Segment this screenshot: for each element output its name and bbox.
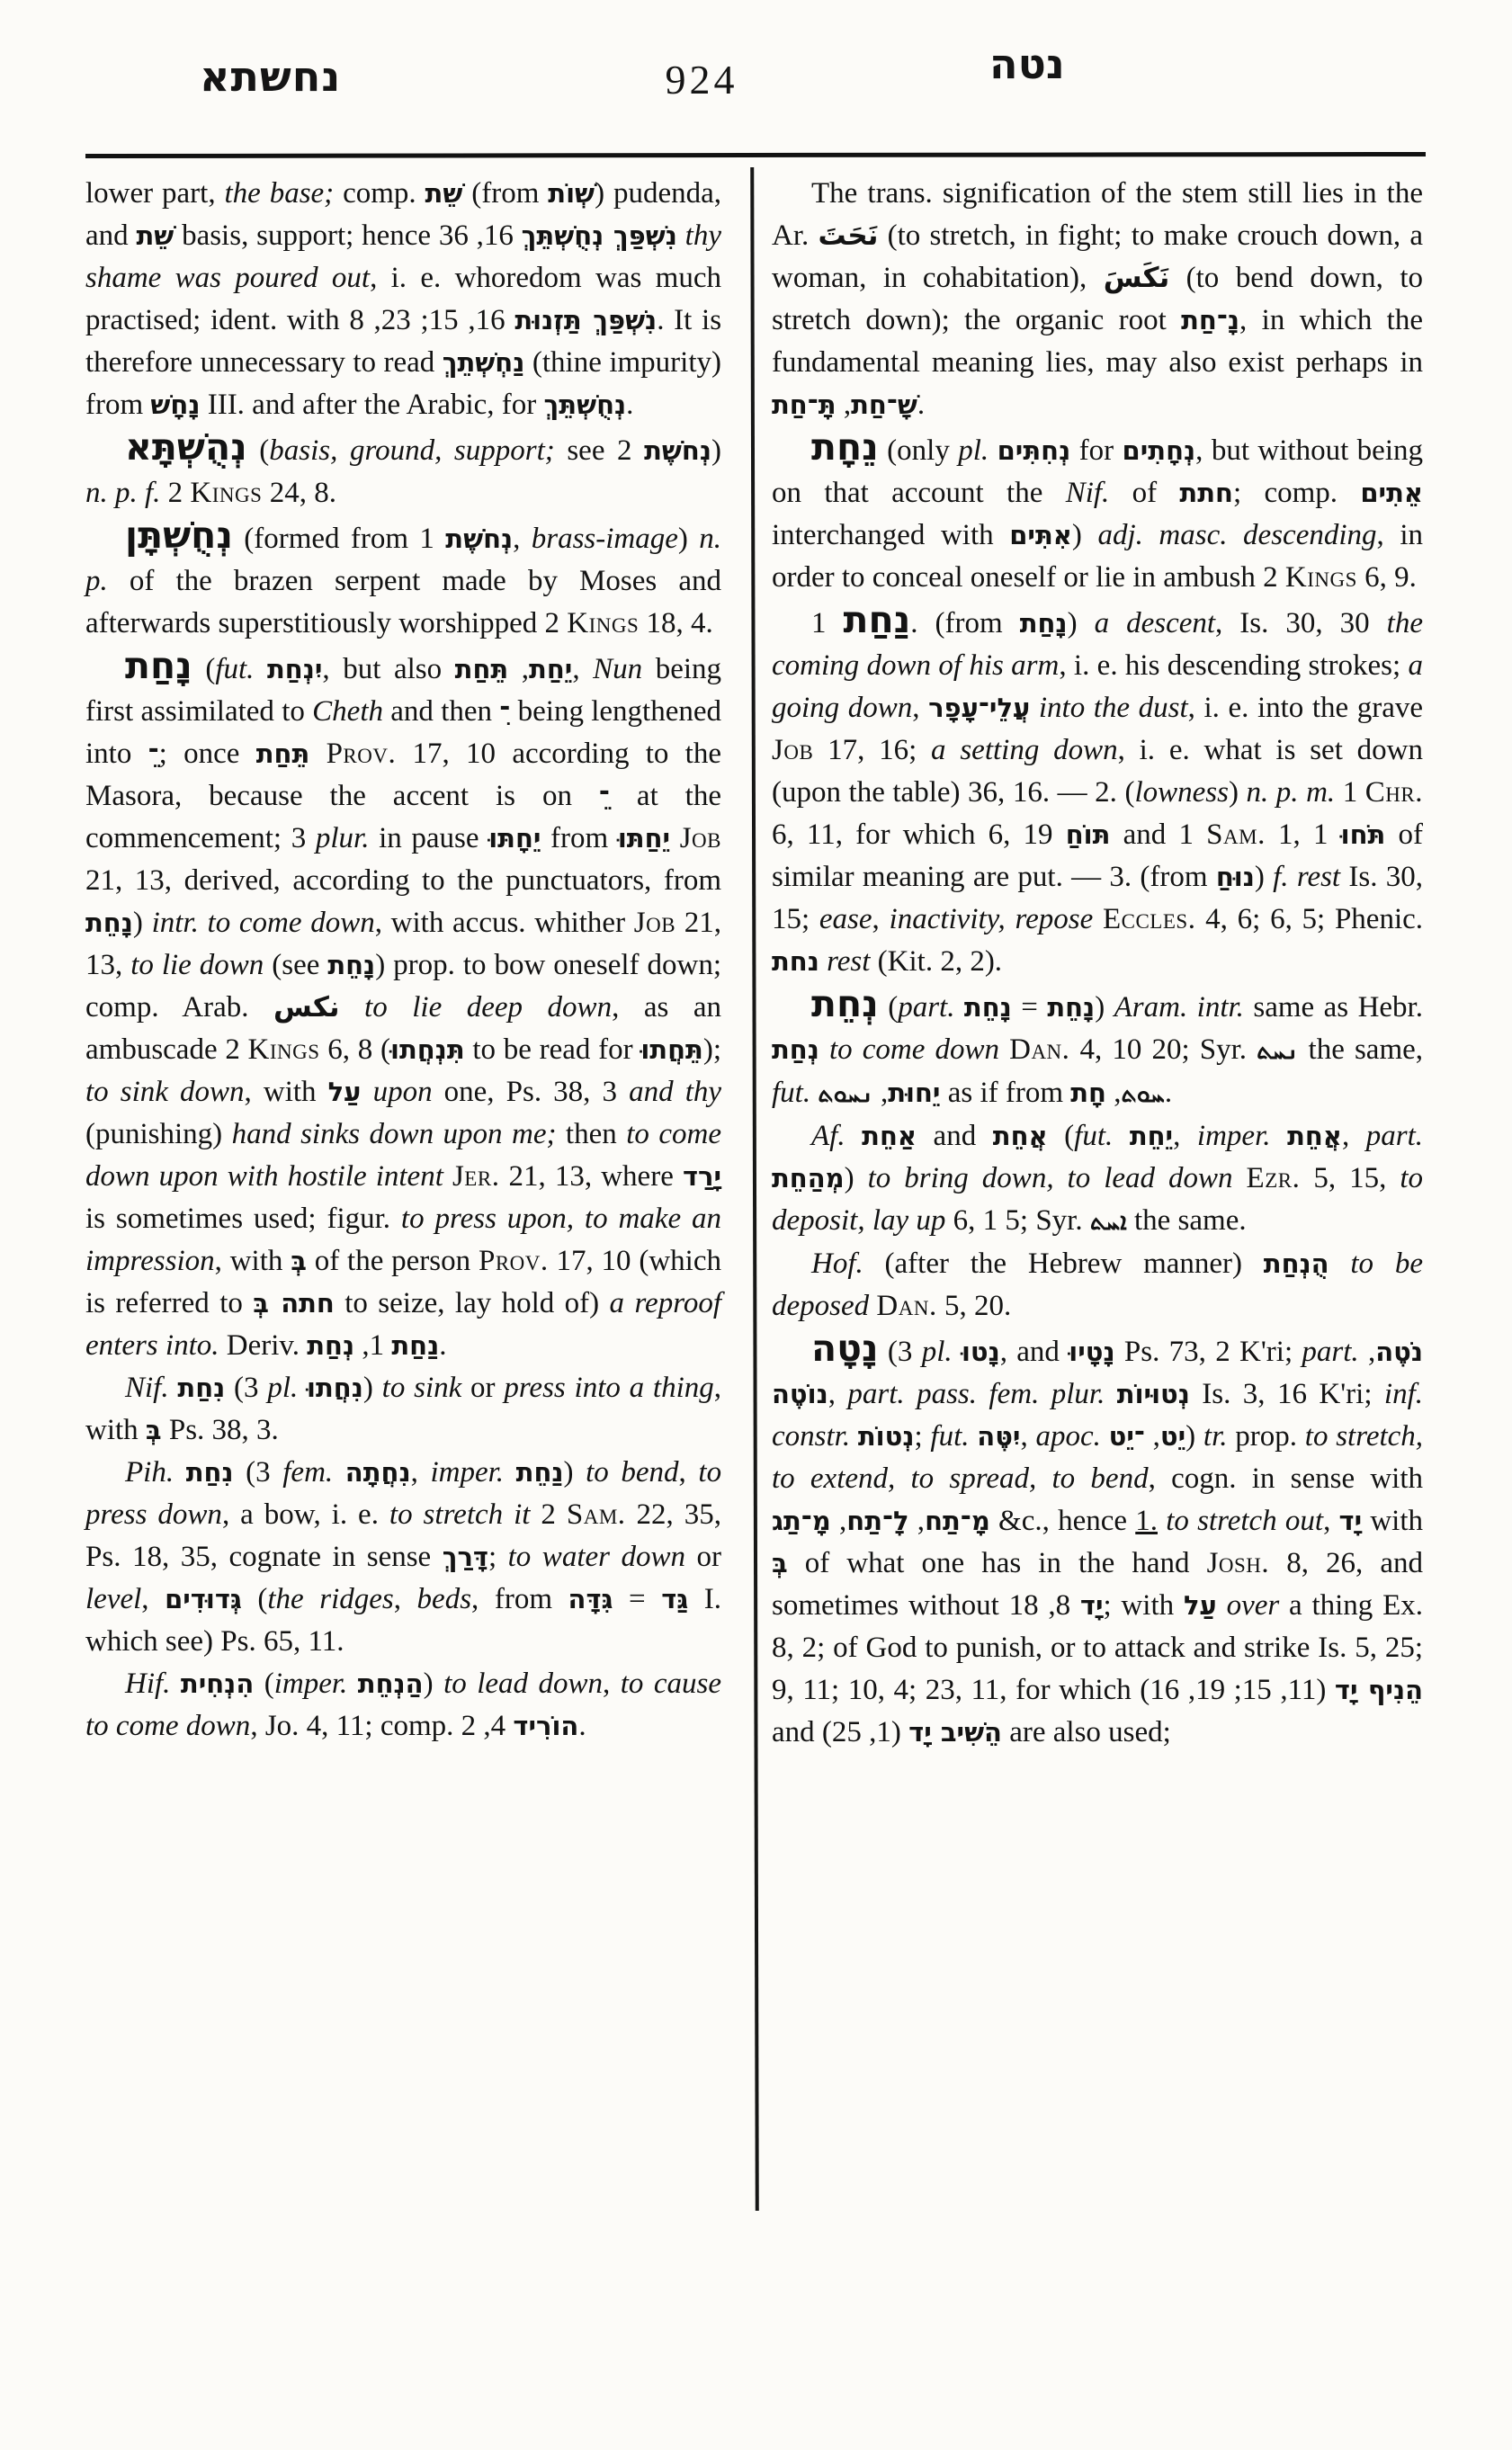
text-run (333, 1456, 345, 1489)
italic-text: part. (898, 991, 954, 1024)
text-run: prop. (1228, 1420, 1305, 1453)
text-run: ( (1048, 1120, 1075, 1152)
text-run (298, 1372, 307, 1404)
text-run: basis, support; hence (174, 219, 439, 252)
syriac-text: ܐܚܬ (1090, 1208, 1127, 1236)
italic-text: Nif. (125, 1372, 169, 1404)
text-run: , (1145, 1420, 1160, 1453)
text-run: Deriv. (219, 1329, 307, 1362)
italic-text: Pih. (125, 1456, 174, 1489)
text-run: ) (1229, 776, 1247, 809)
hebrew-text: נֹטֶה (1375, 1337, 1423, 1367)
text-run (504, 1456, 516, 1489)
italic-text: part. pass. fem. plur. (847, 1378, 1105, 1410)
hebrew-text: יִטֶּה (977, 1421, 1020, 1452)
text-run (174, 1456, 186, 1489)
text-run: , (572, 653, 593, 685)
text-run (1101, 1420, 1109, 1453)
text-run: . (1165, 1077, 1172, 1109)
text-run: ) (1185, 1420, 1203, 1453)
text-run: (3 (225, 1372, 267, 1404)
hebrew-text: שְׁוֹת (548, 178, 595, 209)
hebrew-text: נוּחַ (1216, 862, 1255, 892)
hebrew-headword: נְהֻשְׁתָּא (125, 425, 247, 469)
hebrew-text: יָד (1339, 1506, 1363, 1536)
hebrew-text: תֵּחַת (455, 654, 509, 684)
hebrew-text: יָד (1080, 1590, 1104, 1621)
hebrew-text: נִשְׁפַּךְ תַּזְנוּת (514, 305, 657, 335)
hebrew-text: נְחָתִים (1123, 435, 1196, 466)
hebrew-text: אֵתִים (1360, 478, 1423, 508)
italic-text: part. (1366, 1120, 1423, 1152)
italic-text: inactivity, repose (890, 903, 1094, 935)
italic-text: a descent (1095, 607, 1215, 639)
text-run: , (872, 903, 890, 935)
text-run: ) (1072, 519, 1098, 551)
paragraph: נְחֻשְׁתָּן (formed from נְחֹשֶׁת 1, bra… (85, 514, 721, 645)
text-run (443, 1160, 452, 1193)
hebrew-text: נַחַת (391, 1330, 439, 1361)
italic-text: upon (373, 1076, 433, 1108)
text-run: ; (488, 1541, 508, 1573)
numbered-sense: 1. (1135, 1505, 1158, 1537)
text-run: , a bow, i. e. (222, 1498, 389, 1531)
italic-text: pl. (267, 1372, 298, 1404)
text-run: , (508, 653, 529, 685)
italic-text: to lie deep down (364, 991, 612, 1024)
hebrew-text: הַנְחֵת (358, 1668, 424, 1699)
scripture-reference: Jer. (452, 1160, 499, 1193)
hebrew-text: בְּ (291, 1246, 307, 1276)
hebrew-headword: נֵחָת (811, 425, 879, 469)
hebrew-text: נוֹטֶה (772, 1379, 828, 1409)
hebrew-text: נְחֹשֶׁת (445, 523, 513, 554)
text-run: , (873, 1077, 889, 1109)
scripture-reference: Dan. (876, 1290, 936, 1322)
text-run: , (1020, 1420, 1035, 1453)
hebrew-text: נָחֵת (327, 950, 375, 980)
paragraph: Nif. נִחַת (3 pl. נִחֲתוּ) to sink or pr… (85, 1367, 721, 1452)
arabic-text: نكس (273, 991, 340, 1024)
text-run (169, 1372, 178, 1404)
hebrew-headword: נַחַת (844, 598, 911, 641)
text-run: (formed from (233, 523, 419, 555)
text-run: 21, 13, derived, according to the punctu… (85, 864, 721, 897)
hebrew-headword: נְחֻשְׁתָּן (125, 514, 233, 557)
text-run: 5, 15, (1300, 1162, 1400, 1194)
text-run: 24, 8. (262, 477, 336, 509)
column-divider (750, 167, 759, 2211)
hebrew-text: תֹּחוּ (1341, 819, 1386, 850)
italic-text: ease (819, 903, 872, 935)
hebrew-text: נחת (772, 946, 819, 977)
scripture-reference: Kings (248, 1033, 320, 1066)
italic-text: to water down (508, 1541, 685, 1573)
italic-text: to stretch out (1166, 1505, 1323, 1537)
paragraph: The trans. signification of the stem sti… (772, 173, 1423, 426)
text-run: for (1070, 434, 1122, 467)
italic-text: n. p. f. (85, 477, 160, 509)
left-column: lower part, the base; comp. שֵׁת (from ש… (85, 173, 721, 1748)
hebrew-text: נְחֹשֶׁת (644, 435, 711, 466)
paragraph: Hof. (after the Hebrew manner) הֻנְחַת t… (772, 1243, 1423, 1328)
text-run (1329, 1247, 1351, 1280)
hebrew-headword: נְחֵת (811, 982, 879, 1025)
paragraph: Hif. הִנְחִית (imper. הַנְחֵת) to lead d… (85, 1663, 721, 1748)
hebrew-text: תּוֹחַ (1066, 819, 1111, 850)
italic-text: the ridges (267, 1583, 393, 1615)
hebrew-text: נְטוֹת (858, 1421, 915, 1452)
italic-text: to come down (829, 1033, 999, 1066)
hebrew-text: בְּ (146, 1415, 162, 1445)
italic-text: imper. (274, 1668, 348, 1700)
page-number: 924 (630, 56, 774, 103)
text-run (170, 1668, 180, 1700)
italic-text: Hif. (125, 1668, 170, 1700)
text-run: 6, 8 ( (320, 1033, 390, 1066)
hebrew-text: חתת (1179, 478, 1233, 508)
text-run: and 1 (1110, 818, 1206, 851)
italic-text: press into a thing (504, 1372, 713, 1404)
italic-text: fut. (930, 1420, 969, 1453)
text-run (953, 1336, 962, 1368)
italic-text: level (85, 1583, 141, 1615)
text-run: ) (1068, 607, 1095, 639)
scripture-reference: Job (634, 907, 675, 939)
text-run (845, 1120, 863, 1152)
text-run: , (828, 1378, 848, 1410)
text-run (670, 822, 680, 854)
italic-text: to sink (382, 1372, 462, 1404)
text-run: ; comp. (1233, 477, 1360, 509)
hebrew-text: אֲחֵת (1287, 1121, 1342, 1151)
hebrew-text: יֵחַתּוּ (618, 823, 670, 854)
italic-text: Cheth (312, 695, 383, 728)
hebrew-text: שָׁ־חַת (851, 389, 917, 420)
italic-text: pl. (922, 1336, 953, 1368)
italic-text: beds (417, 1583, 472, 1615)
text-run: 4, 6; 6, 5; Phenic. (1195, 903, 1423, 935)
hebrew-text: נָחָשׁ (150, 389, 200, 420)
hebrew-text: מָ־תַח (925, 1506, 990, 1536)
hebrew-text: נָטָיוּ (1069, 1337, 1114, 1367)
text-run: , (141, 1583, 165, 1615)
italic-text: part. (1302, 1336, 1358, 1368)
arabic-text: نَحَتَ (819, 219, 879, 252)
italic-text: and thy (629, 1076, 721, 1108)
italic-text: fut. (215, 653, 254, 685)
header-keyword-left: נחשתא (200, 52, 341, 101)
text-run: with (1362, 1505, 1423, 1537)
italic-text: into the dust (1039, 692, 1188, 724)
hebrew-text: הֵשִׁיב יָד (908, 1717, 1002, 1748)
paragraph: נְחֵת (part. נָחֵת = נָחֵת) Aram. intr. … (772, 983, 1423, 1115)
text-run (1233, 1162, 1247, 1194)
hebrew-text: עַל (328, 1077, 362, 1107)
scripture-reference: Sam. (1206, 818, 1266, 851)
paragraph: נָטָה (3 pl. נָטוּ, and נָטָיוּ Ps. 73, … (772, 1328, 1423, 1754)
hebrew-text: נַחֵת (516, 1457, 564, 1488)
text-run: ; once (159, 738, 256, 770)
hebrew-text: נָ־חַת (1181, 305, 1239, 335)
text-run: , (1323, 1505, 1338, 1537)
text-run: (after the Hebrew manner) (863, 1247, 1264, 1280)
text-run: , with (245, 1076, 328, 1108)
text-run: (punishing) (85, 1118, 232, 1150)
hebrew-text: בְּ (772, 1548, 788, 1578)
italic-text: a setting down (931, 734, 1118, 766)
italic-text: to sink down (85, 1076, 245, 1108)
text-run: ) (678, 523, 699, 555)
text-run: ) (564, 1456, 586, 1489)
text-run: of the person (307, 1245, 479, 1277)
text-run: then (556, 1118, 626, 1150)
scripture-reference: Kings (567, 607, 639, 639)
hebrew-text: נְחִתִּים (998, 435, 1071, 466)
text-run: . (626, 389, 633, 421)
hebrew-text: נִחֲתוּ (307, 1373, 363, 1403)
text-run: , from (471, 1583, 568, 1615)
hebrew-text: נִחַת (186, 1457, 234, 1488)
italic-text: to bring down, to lead down (868, 1162, 1233, 1194)
hebrew-text: נָחֵת (1047, 992, 1095, 1023)
hebrew-text: שֵׁת (425, 178, 463, 209)
text-run: , Is. 30, 30 (1215, 607, 1387, 639)
hebrew-text: נְחֻשְׁתֵּךְ (544, 389, 627, 420)
text-run (1217, 1589, 1227, 1622)
hebrew-text: הוֹרִיד (513, 1711, 578, 1741)
text-run: to be read for (465, 1033, 641, 1066)
text-run: 6, 1 5; Syr. (945, 1204, 1089, 1237)
hebrew-text: נִחַת (177, 1373, 225, 1403)
hebrew-text: תָּ־חַת (772, 389, 837, 420)
hebrew-text: לָ־תַח (846, 1506, 908, 1536)
hebrew-text: דָּרַךְ (443, 1542, 488, 1572)
italic-text: Hof. (811, 1247, 863, 1280)
italic-text: to lead down (443, 1668, 603, 1700)
scripture-reference: Kings (190, 477, 262, 509)
text-run: ) (1095, 991, 1114, 1024)
hebrew-text: יָרַד (683, 1161, 721, 1192)
text-run: or (461, 1372, 504, 1404)
italic-text: to lie down (130, 949, 264, 981)
text-run: ) (133, 907, 152, 939)
text-run: one, Ps. 38, 3 (433, 1076, 630, 1108)
text-run: , (679, 1456, 699, 1489)
text-run: 1. (from (811, 607, 1020, 639)
scripture-reference: Sam. (567, 1498, 626, 1531)
text-run: 1, (354, 1329, 391, 1362)
text-run: ); (703, 1033, 721, 1066)
text-run: 1, 1 (1266, 818, 1341, 851)
text-run: 18, 4. (639, 607, 713, 639)
hebrew-text: נָטוּ (962, 1337, 1000, 1367)
text-run (254, 653, 267, 685)
hebrew-text: נִשְׁפַּךְ נְחֻשְׁתֵּךְ (522, 220, 677, 251)
text-run: (3 (234, 1456, 283, 1489)
text-run: 6, 9. (1357, 561, 1417, 594)
text-run: ( (192, 653, 216, 685)
text-run: of what one has in the hand (788, 1547, 1207, 1579)
text-run: to seize, lay hold of) (335, 1287, 610, 1319)
hebrew-text: אֲחֵת (993, 1121, 1048, 1151)
hebrew-text: יִנְחַת (267, 654, 322, 684)
italic-text: Nun (593, 653, 642, 685)
hebrew-text: מָ־תַג (772, 1506, 831, 1536)
text-run: = (613, 1583, 661, 1615)
text-run: the same. (1127, 1204, 1247, 1237)
hebrew-text: נַחְשְׁתֵךְ (443, 347, 525, 378)
hebrew-text: תֵּחַת (256, 738, 310, 769)
italic-text: pl. (958, 434, 989, 467)
scripture-reference: Chr. (1365, 776, 1423, 809)
header-rule (85, 152, 1426, 158)
text-run: , (912, 692, 928, 724)
text-run (999, 1033, 1009, 1066)
text-run (1359, 1336, 1368, 1368)
text-run: ( (247, 434, 270, 467)
scripture-reference: Ezr. (1247, 1162, 1301, 1194)
text-run (1158, 1505, 1166, 1537)
hebrew-text: יֵחָתּוּ (488, 823, 541, 854)
right-column: The trans. signification of the stem sti… (772, 173, 1423, 1754)
text-run: , (837, 389, 852, 421)
hebrew-text: ֵ־ (148, 738, 159, 769)
hebrew-text: חתה בְּ (253, 1288, 335, 1319)
text-run: , (909, 1505, 925, 1537)
text-run: , with accus. whither (375, 907, 634, 939)
text-run (1093, 903, 1103, 935)
text-run: 4, 10 20; Syr. (1069, 1033, 1257, 1066)
syriac-text: ܢܚܘܬ (818, 1080, 872, 1108)
italic-text: adj. masc. descending (1097, 519, 1376, 551)
text-run: III. and after the Arabic, for (200, 389, 543, 421)
italic-text: n. p. m. (1247, 776, 1336, 809)
text-run: same as Hebr. (1244, 991, 1423, 1024)
text-run: see (555, 434, 617, 467)
text-run: , (603, 1668, 621, 1700)
text-run: , (1106, 1077, 1122, 1109)
text-run: (only (879, 434, 959, 467)
hebrew-text: גְּדוּדִים (165, 1584, 242, 1614)
text-run: of (1109, 477, 1179, 509)
italic-text: brass-image (532, 523, 678, 555)
paragraph: Af. אַחֵת and אֲחֵת (fut. יֵחֵת, imper. … (772, 1115, 1423, 1243)
italic-text: f. rest (1273, 861, 1340, 893)
italic-text: the base; (224, 177, 334, 210)
text-run: ( (254, 1668, 273, 1700)
italic-text: to stretch it (389, 1498, 531, 1531)
paragraph: נַחַת 1. (from נָחַת) a descent, Is. 30,… (772, 599, 1423, 983)
italic-text: imper. (430, 1456, 504, 1489)
text-run: , (1173, 1120, 1197, 1152)
italic-text: basis, ground, support; (269, 434, 554, 467)
text-run: , and (1000, 1336, 1069, 1368)
hebrew-headword: נָחַת (125, 644, 192, 687)
text-run: and then (383, 695, 499, 728)
text-run (819, 1033, 829, 1066)
hebrew-text: יֵחוּת (888, 1077, 940, 1108)
text-run: and (917, 1120, 993, 1152)
text-run: Ps. 38, 3. (162, 1414, 279, 1446)
scripture-reference: Kings (1285, 561, 1357, 594)
italic-text: intr. to come down (152, 907, 375, 939)
text-run: ) (1255, 861, 1273, 893)
text-run: (from (462, 177, 548, 210)
text-run: (Kit. 2, 2). (870, 945, 1002, 978)
hebrew-text: הֻנְחַת (1264, 1248, 1329, 1279)
text-run (1105, 1378, 1116, 1410)
text-run: ( (242, 1583, 268, 1615)
hebrew-text: עַל (1184, 1590, 1217, 1621)
text-run (1113, 1120, 1130, 1152)
hebrew-text: יֵט (1160, 1421, 1185, 1452)
text-run: , (1342, 1120, 1366, 1152)
text-run: , Jo. 4, 11; comp. (250, 1710, 461, 1742)
italic-text: lowness (1134, 776, 1229, 809)
text-run: is sometimes used; figur. (85, 1203, 401, 1235)
italic-text: rest (827, 945, 870, 978)
italic-text: plur. (316, 822, 370, 854)
hebrew-text: נְחַת (307, 1330, 354, 1361)
scripture-reference: Job (680, 822, 721, 854)
text-run: ; (914, 1420, 930, 1453)
text-run (309, 738, 326, 770)
hebrew-text: יֵחַת (529, 654, 572, 684)
text-run: 2 (530, 1498, 566, 1531)
hebrew-text: נָחַת (1020, 608, 1068, 639)
text-run: Is. 3, 16 K'ri; (1190, 1378, 1384, 1410)
italic-text: to bend (586, 1456, 678, 1489)
text-run: , (1368, 1336, 1375, 1368)
hebrew-text: ִ־ (499, 696, 510, 727)
text-run: as if from (940, 1077, 1070, 1109)
hebrew-text: חָת (1070, 1077, 1106, 1108)
text-run: , i. e. his descending strokes; (1059, 649, 1408, 682)
italic-text: fut. (772, 1077, 810, 1109)
text-run: 2 (160, 477, 190, 509)
text-run: , with (215, 1245, 291, 1277)
scripture-reference: Job (772, 734, 813, 766)
text-run: 1 (1335, 776, 1365, 809)
hebrew-text: אִתִּים (1009, 520, 1072, 550)
hebrew-text: נְחַת (772, 1034, 819, 1065)
scripture-reference: Prov. (479, 1245, 549, 1277)
text-run: or (685, 1541, 721, 1573)
text-run: , i. e. into the grave (1188, 692, 1423, 724)
hebrew-text: ־יֵט (1109, 1421, 1145, 1452)
hebrew-text: גִּדָּה (568, 1584, 613, 1614)
text-run: Ps. 73, 2 K'ri; (1115, 1336, 1302, 1368)
hebrew-text: יֵחֵת (1130, 1121, 1173, 1151)
hebrew-text: תֵּחֲתוּ (640, 1034, 703, 1065)
text-run: in pause (369, 822, 488, 854)
text-run: 6, 11, for which 6, 19 (772, 818, 1066, 851)
italic-text: tr. (1203, 1420, 1228, 1453)
scripture-reference: Josh. (1207, 1547, 1270, 1579)
paragraph: נְהֻשְׁתָּא (basis, ground, support; see… (85, 426, 721, 514)
text-run: , (831, 1505, 846, 1537)
text-run: ( (879, 991, 898, 1024)
text-run (1030, 692, 1039, 724)
text-run (1271, 1120, 1288, 1152)
paragraph: נָחַת (fut. יִנְחַת, but also יֵחַת, תֵּ… (85, 645, 721, 1367)
italic-text: Af. (811, 1120, 845, 1152)
text-run (989, 434, 997, 467)
text-run: . (917, 389, 925, 421)
text-run: , (394, 1583, 417, 1615)
italic-text: Nif. (1066, 477, 1110, 509)
